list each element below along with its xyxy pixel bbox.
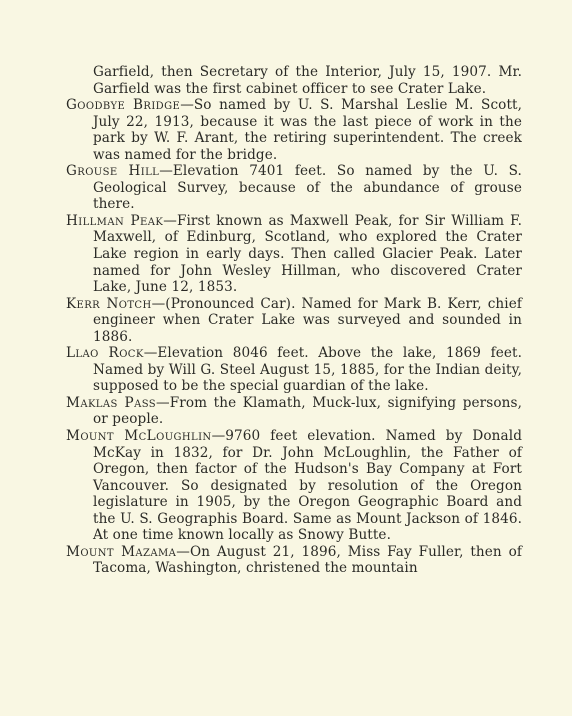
entry-term: Goodbye Bridge bbox=[66, 97, 180, 113]
entry-text: —Elevation 8046 feet. Above the lake, 18… bbox=[93, 345, 522, 394]
entry-text: —(Pronounced Car). Named for Mark B. Ker… bbox=[93, 296, 522, 345]
entry-term: Grouse Hill bbox=[66, 163, 159, 179]
entry-term: Hillman Peak bbox=[66, 213, 163, 229]
glossary-entry-maklas-pass: Maklas Pass—From the Klamath, Muck-lux, … bbox=[66, 395, 522, 428]
entry-term: Mount Mazama bbox=[66, 544, 176, 560]
entry-text: —9760 feet elevation. Named by Donald Mc… bbox=[93, 428, 522, 543]
glossary-entry-llao-rock: Llao Rock—Elevation 8046 feet. Above the… bbox=[66, 345, 522, 395]
glossary-entry-mount-mazama: Mount Mazama—On August 21, 1896, Miss Fa… bbox=[66, 544, 522, 577]
entry-text: —From the Klamath, Muck-lux, signifying … bbox=[93, 395, 522, 428]
entry-term: Kerr Notch bbox=[66, 296, 152, 312]
glossary-entry-kerr-notch: Kerr Notch—(Pronounced Car). Named for M… bbox=[66, 296, 522, 346]
glossary-entry-hillman-peak: Hillman Peak—First known as Maxwell Peak… bbox=[66, 213, 522, 296]
glossary-entry-grouse-hill: Grouse Hill—Elevation 7401 feet. So name… bbox=[66, 163, 522, 213]
glossary-entry-goodbye-bridge: Goodbye Bridge—So named by U. S. Marshal… bbox=[66, 97, 522, 163]
document-page: Garfield, then Secretary of the Interior… bbox=[66, 64, 522, 577]
glossary-entry-mount-mcloughlin: Mount McLoughlin—9760 feet elevation. Na… bbox=[66, 428, 522, 544]
entry-term: Llao Rock bbox=[66, 345, 144, 361]
continuation-paragraph: Garfield, then Secretary of the Interior… bbox=[66, 64, 522, 97]
entry-term: Maklas Pass bbox=[66, 395, 156, 411]
entry-term: Mount McLoughlin bbox=[66, 428, 212, 444]
